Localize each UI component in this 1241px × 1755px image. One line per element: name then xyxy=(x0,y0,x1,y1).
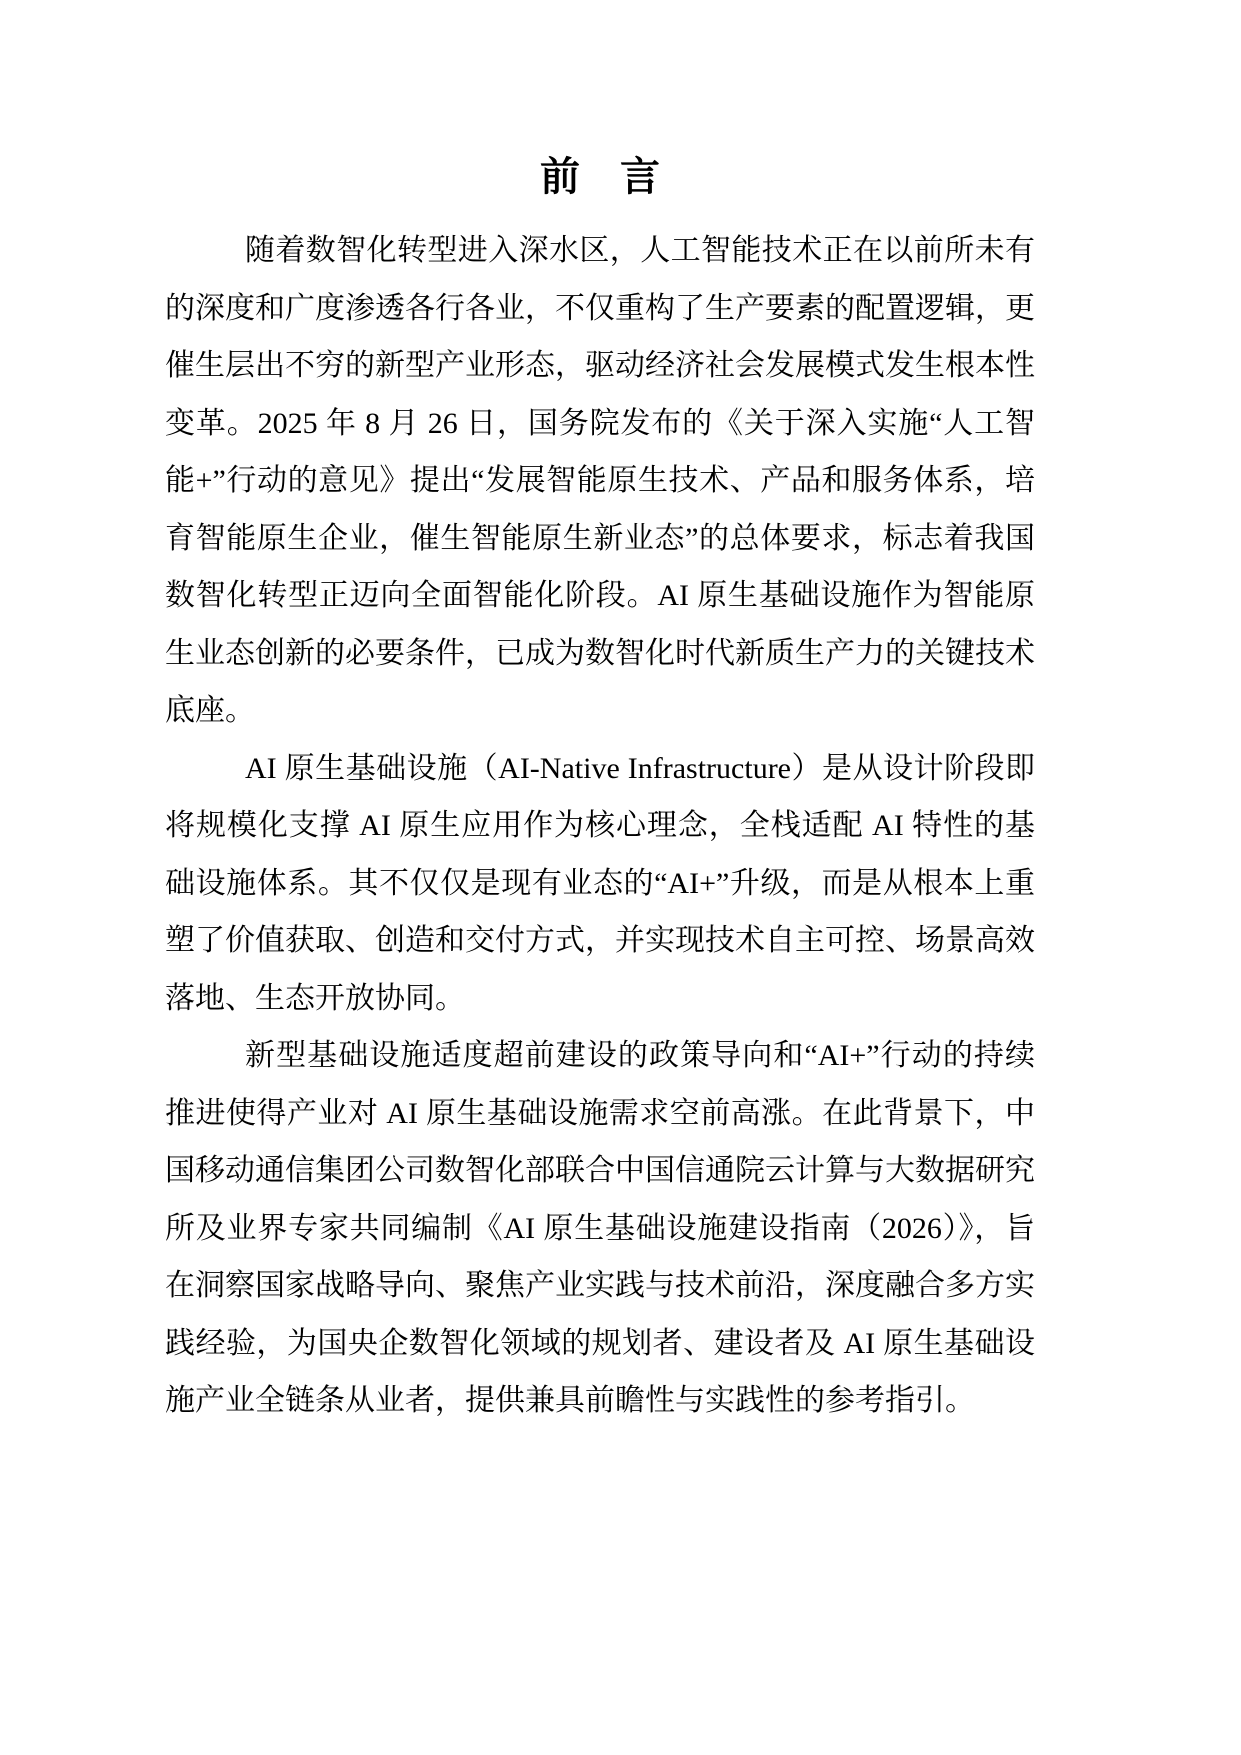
document-body: 随着数智化转型进入深水区，人工智能技术正在以前所未有的深度和广度渗透各行各业，不… xyxy=(165,222,1035,1430)
paragraph-2: AI 原生基础设施（AI-Native Infrastructure）是从设计阶… xyxy=(165,740,1035,1028)
document-page: 前 言 随着数智化转型进入深水区，人工智能技术正在以前所未有的深度和广度渗透各行… xyxy=(0,0,1241,1755)
page-title: 前 言 xyxy=(165,152,1035,202)
paragraph-1: 随着数智化转型进入深水区，人工智能技术正在以前所未有的深度和广度渗透各行各业，不… xyxy=(165,222,1035,740)
paragraph-3: 新型基础设施适度超前建设的政策导向和“AI+”行动的持续推进使得产业对 AI 原… xyxy=(165,1027,1035,1430)
document-content: 前 言 随着数智化转型进入深水区，人工智能技术正在以前所未有的深度和广度渗透各行… xyxy=(165,152,1035,1430)
